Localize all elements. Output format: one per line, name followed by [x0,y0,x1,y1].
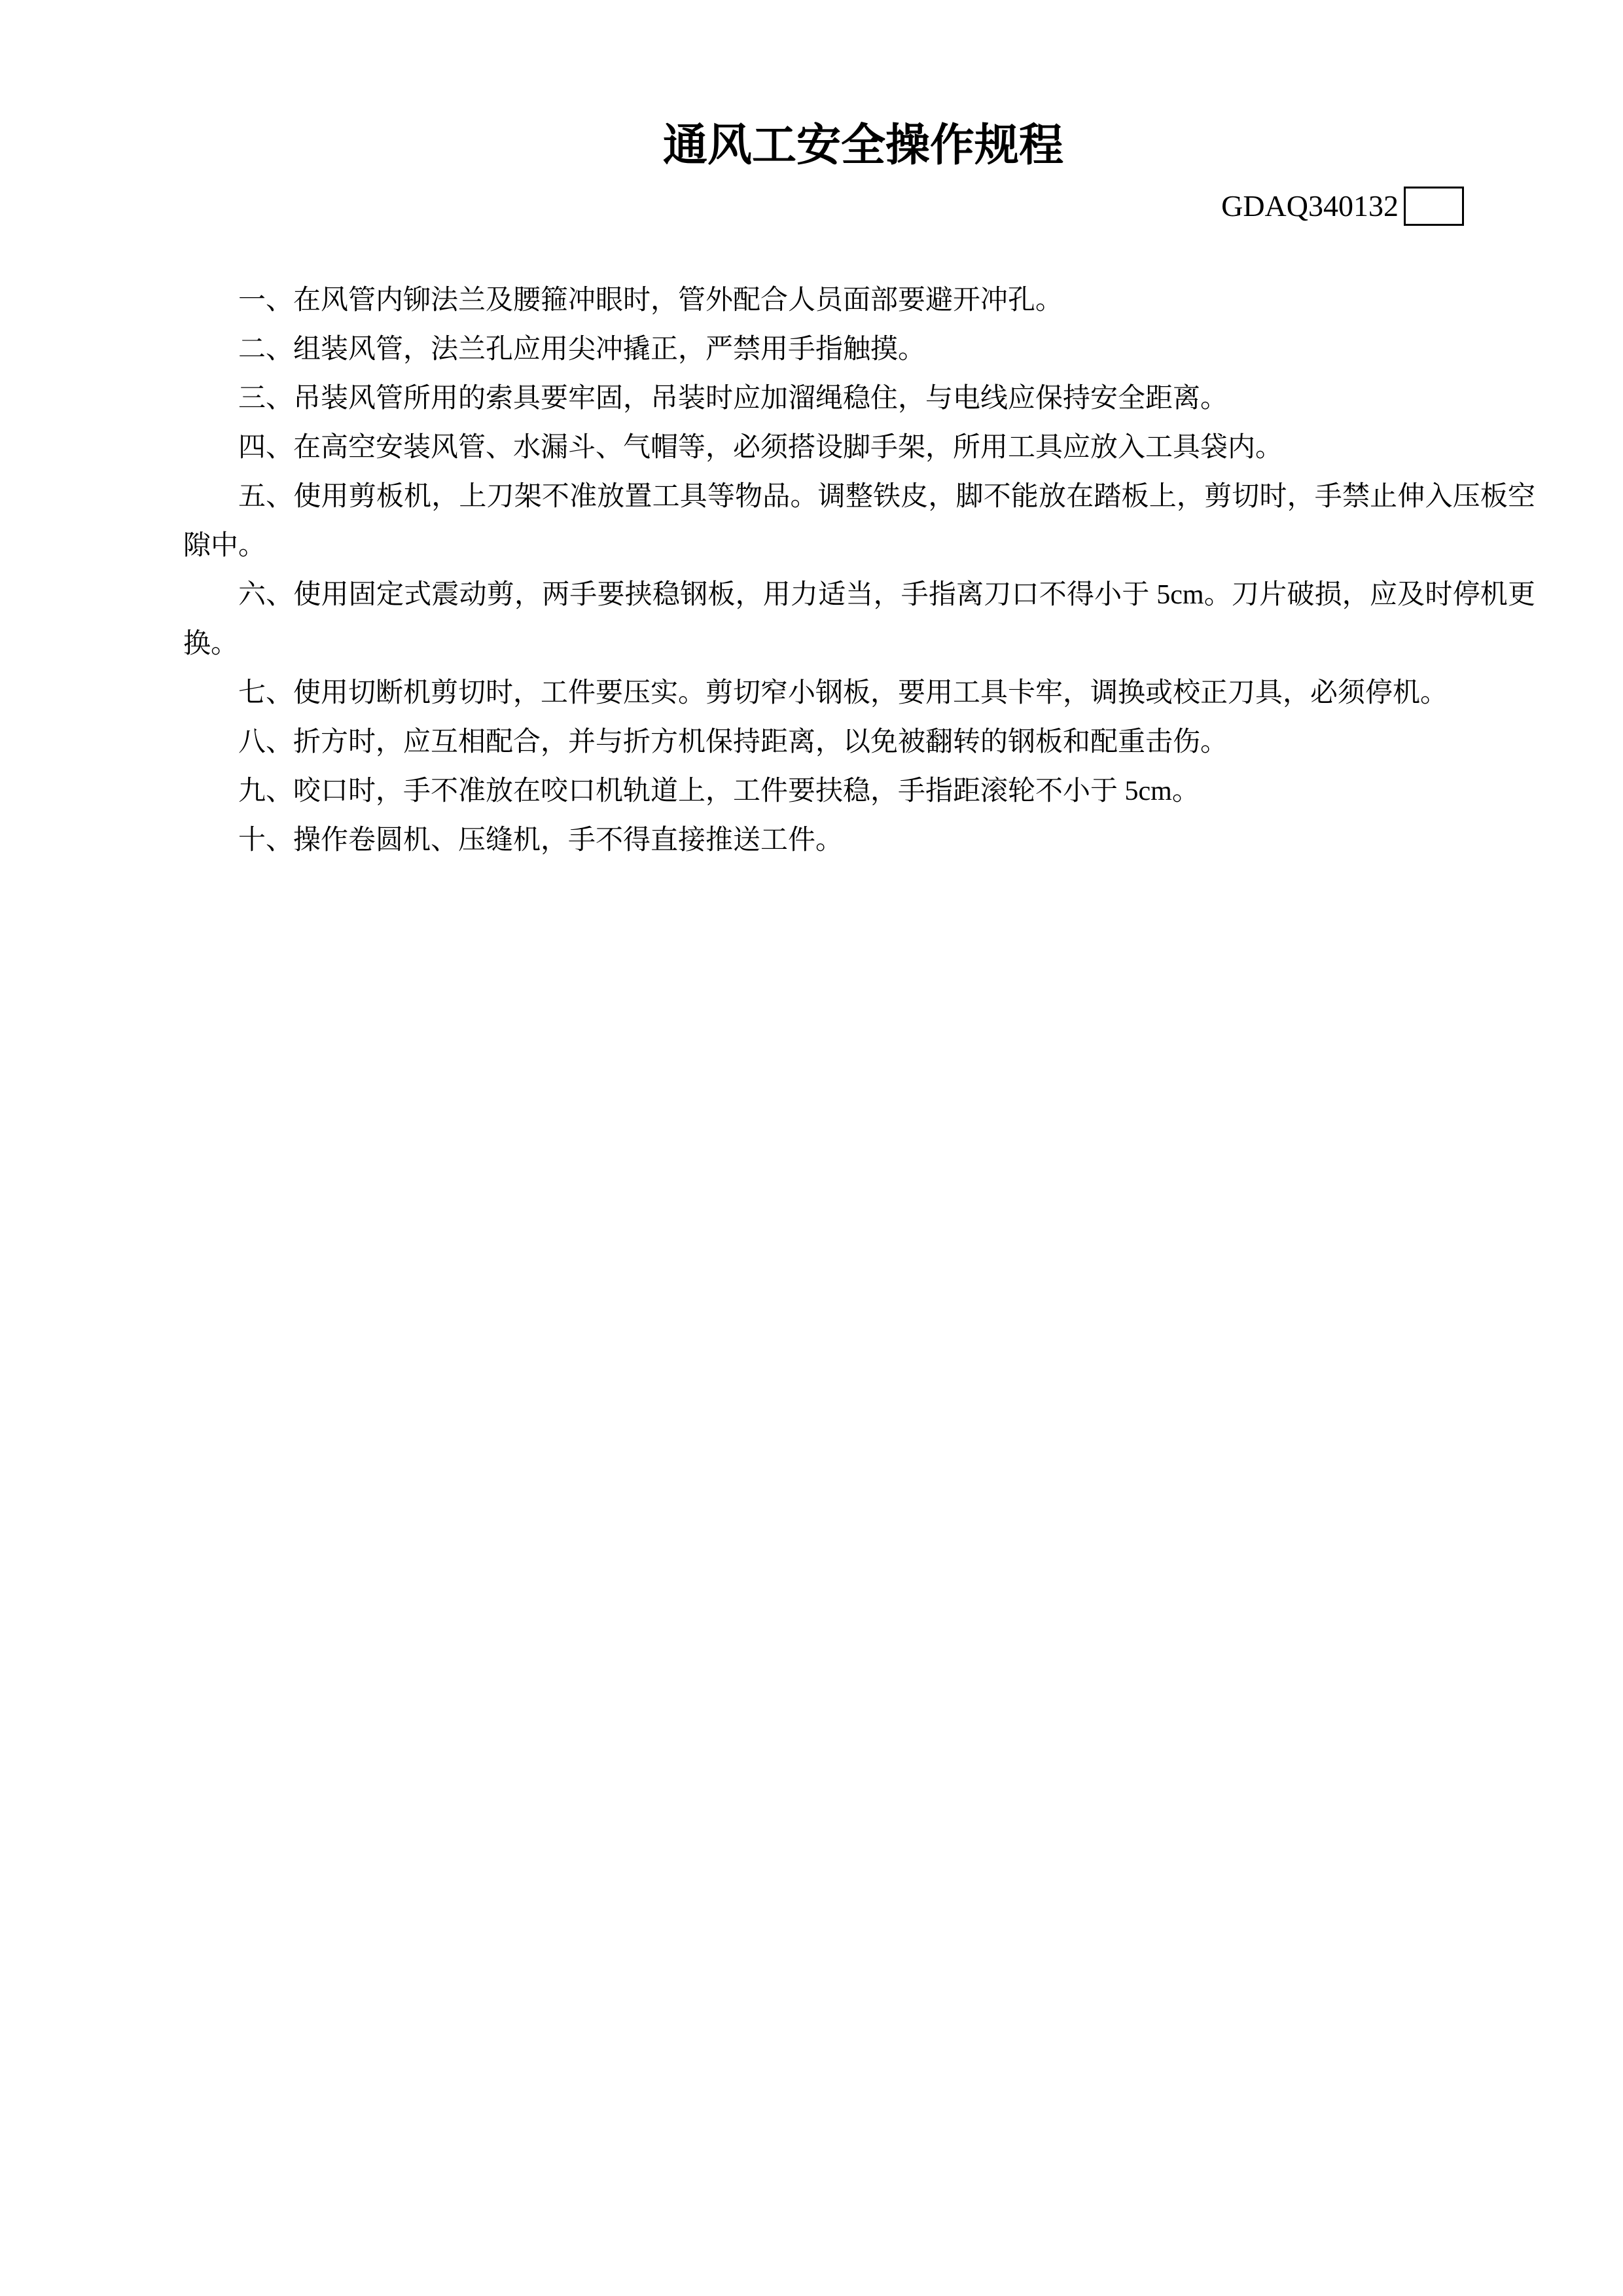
rule-item-8: 八、折方时，应互相配合，并与折方机保持距离，以免被翻转的钢板和配重击伤。 [183,718,1535,767]
rules-list: 一、在风管内铆法兰及腰箍冲眼时，管外配合人员面部要避开冲孔。 二、组装风管，法兰… [183,276,1535,865]
rule-item-4: 四、在高空安装风管、水漏斗、气帽等，必须搭设脚手架，所用工具应放入工具袋内。 [183,423,1535,473]
doc-code: GDAQ340132 [1221,186,1399,226]
doc-code-row: GDAQ340132 [1221,186,1464,226]
rule-item-1: 一、在风管内铆法兰及腰箍冲眼时，管外配合人员面部要避开冲孔。 [183,276,1535,325]
document-page: 通风工安全操作规程 GDAQ340132 一、在风管内铆法兰及腰箍冲眼时，管外配… [0,0,1623,2296]
rule-item-10: 十、操作卷圆机、压缝机，手不得直接推送工件。 [183,816,1535,865]
rule-item-2: 二、组装风管，法兰孔应用尖冲撬正，严禁用手指触摸。 [183,325,1535,374]
page-title: 通风工安全操作规程 [663,122,1063,170]
rule-item-7: 七、使用切断机剪切时，工件要压实。剪切窄小钢板，要用工具卡牢，调换或校正刀具，必… [183,669,1535,718]
rule-item-5: 五、使用剪板机，上刀架不准放置工具等物品。调整铁皮，脚不能放在踏板上，剪切时，手… [183,473,1535,571]
rule-item-3: 三、吊装风管所用的索具要牢固，吊装时应加溜绳稳住，与电线应保持安全距离。 [183,374,1535,423]
rule-item-6: 六、使用固定式震动剪，两手要挟稳钢板，用力适当，手指离刀口不得小于 5cm。刀片… [183,571,1535,669]
doc-code-stamp-box [1404,187,1464,226]
rule-item-9: 九、咬口时，手不准放在咬口机轨道上，工件要扶稳，手指距滚轮不小于 5cm。 [183,767,1535,816]
